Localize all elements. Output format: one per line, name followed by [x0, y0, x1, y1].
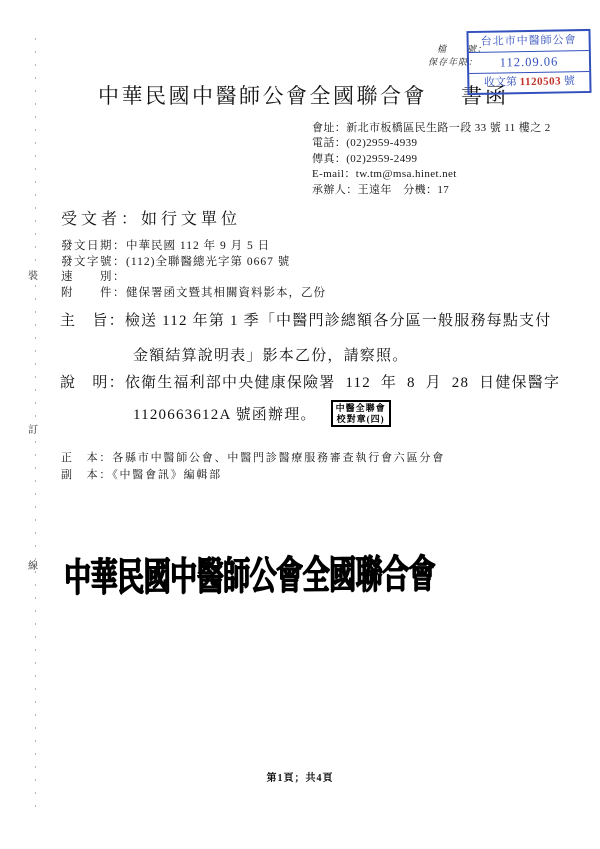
document-title: 中華民國中醫師公會全國聯合會書函	[98, 80, 509, 110]
original-copy-label: 正 本：	[61, 452, 112, 464]
org-name: 中華民國中醫師公會全國聯合會	[98, 84, 427, 108]
cc-copy-value: 《中醫會訊》編輯部	[112, 469, 222, 481]
document-page: 裝 訂 線 檔 號： 保存年限： 台北市中醫師公會 112.09.06 收文第 …	[0, 0, 600, 849]
subject-block: 主 旨：檢送 112 年第 1 季「中醫門診總額各分區一般服務每點支付 金額結算…	[60, 309, 560, 365]
receipt-prefix: 收文第	[484, 76, 517, 89]
meta-issue-date-value: 中華民國 112 年 9 月 5 日	[126, 240, 270, 252]
subject-text1: 檢送 112 年第 1 季「中醫門診總額各分區一般服務每點支付	[125, 313, 552, 329]
meta-block: 發文日期：中華民國 112 年 9 月 5 日 發文字號：(112)全聯醫總光字…	[61, 239, 326, 301]
meta-doc-number: 發文字號：(112)全聯醫總光字第 0667 號	[61, 255, 326, 271]
proofread-stamp: 中醫全聯會校對章(四)	[331, 400, 391, 428]
binding-dashed-line	[35, 38, 36, 810]
description-text2: 1120663612A 號函辦理。	[133, 407, 317, 423]
meta-attachment-value: 健保署函文暨其相關資料影本，乙份	[126, 287, 326, 299]
contact-phone: 電話：(02)2959-4939	[312, 136, 551, 151]
subject-line1: 主 旨：檢送 112 年第 1 季「中醫門診總額各分區一般服務每點支付	[60, 309, 560, 330]
page-number-footer: 第1頁；共4頁	[0, 769, 600, 784]
meta-doc-number-value: (112)全聯醫總光字第 0667 號	[126, 256, 290, 268]
contact-block: 會址：新北市板橋區民生路一段 33 號 11 樓之 2 電話：(02)2959-…	[312, 121, 551, 198]
recipient-label: 受文者：	[61, 211, 141, 228]
proofread-stamp-line2: 校對章(四)	[337, 414, 385, 424]
subject-line2: 金額結算說明表」影本乙份，請察照。	[133, 344, 560, 365]
receipt-number: 1120503	[520, 76, 562, 89]
meta-attachment-label: 附 件：	[61, 287, 126, 299]
meta-priority-label: 速 別：	[61, 271, 126, 283]
contact-fax: 傳真：(02)2959-2499	[312, 152, 551, 167]
description-line1: 說 明：依衛生福利部中央健康保險署 112 年 8 月 28 日健保醫字	[60, 371, 570, 392]
receipt-stamp: 台北市中醫師公會 112.09.06 收文第 1120503 號	[466, 29, 591, 95]
recipient-line: 受文者：如行文單位	[61, 206, 241, 229]
description-text1: 依衛生福利部中央健康保險署 112 年 8 月 28 日健保醫字	[125, 375, 560, 391]
meta-doc-number-label: 發文字號：	[61, 256, 126, 268]
contact-email: E-mail：tw.tm@msa.hinet.net	[312, 167, 551, 182]
original-copy-line: 正 本：各縣市中醫師公會、中醫門診醫療服務審查執行會六區分會	[61, 450, 445, 467]
receipt-stamp-org: 台北市中醫師公會	[468, 31, 588, 53]
proofread-stamp-line1: 中醫全聯會	[336, 403, 386, 413]
cc-copy-line: 副 本：《中醫會訊》編輯部	[61, 467, 445, 484]
meta-issue-date: 發文日期：中華民國 112 年 9 月 5 日	[61, 239, 326, 255]
original-copy-value: 各縣市中醫師公會、中醫門診醫療服務審查執行會六區分會	[112, 452, 445, 464]
cc-copy-label: 副 本：	[61, 469, 112, 481]
contact-handler: 承辦人：王遠年 分機：17	[312, 183, 551, 198]
organization-stamp: 中華民國中醫師公會全國聯合會	[64, 542, 444, 602]
subject-label: 主 旨：	[60, 313, 125, 329]
description-label: 說 明：	[60, 375, 125, 391]
description-block: 說 明：依衛生福利部中央健康保險署 112 年 8 月 28 日健保醫字 112…	[60, 371, 570, 427]
meta-priority: 速 別：	[61, 270, 326, 286]
receipt-stamp-number-row: 收文第 1120503 號	[469, 72, 589, 93]
receipt-suffix: 號	[564, 75, 575, 87]
copies-block: 正 本：各縣市中醫師公會、中醫門診醫療服務審查執行會六區分會 副 本：《中醫會訊…	[61, 450, 445, 484]
description-line2: 1120663612A 號函辦理。中醫全聯會校對章(四)	[133, 403, 570, 427]
meta-attachment: 附 件：健保署函文暨其相關資料影本，乙份	[61, 286, 326, 302]
meta-issue-date-label: 發文日期：	[61, 240, 126, 252]
binding-char-xian: 線	[28, 562, 38, 572]
binding-char-zhuang: 裝	[28, 272, 38, 282]
binding-char-ding: 訂	[28, 426, 38, 436]
contact-address: 會址：新北市板橋區民生路一段 33 號 11 樓之 2	[312, 121, 551, 136]
receipt-stamp-date: 112.09.06	[469, 50, 589, 74]
recipient-value: 如行文單位	[141, 211, 241, 228]
